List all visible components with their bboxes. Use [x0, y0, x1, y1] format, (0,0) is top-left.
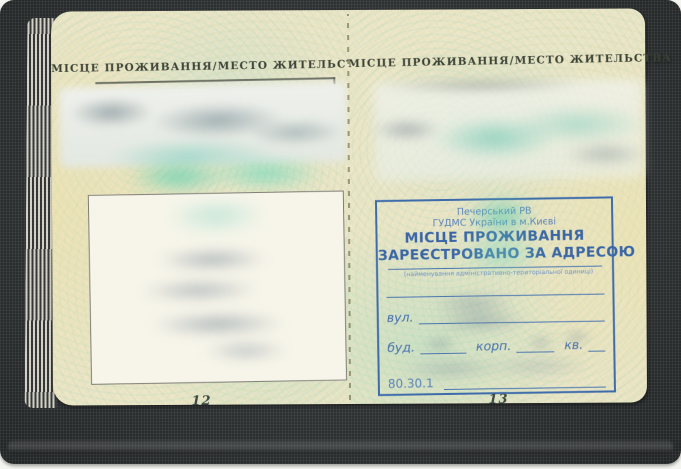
- stamp-block-line: [516, 337, 554, 353]
- stamp-apartment-label: кв.: [564, 337, 583, 352]
- passport-photo: МІСЦЕ ПРОЖИВАННЯ/МЕСТО ЖИТЕЛЬСТВА 12 МІС…: [0, 0, 681, 469]
- stamp-title-line2: ЗАРЕЄСТРОВАНО ЗА АДРЕСОЮ: [378, 244, 612, 264]
- stamp-code-row: 80.30.1: [388, 372, 606, 391]
- stamp-building-row: буд. корп. кв.: [387, 335, 605, 355]
- page-12-number: 12: [53, 393, 350, 410]
- page-13: МІСЦЕ ПРОЖИВАННЯ/МЕСТО ЖИТЕЛЬСТВА Печерс…: [348, 8, 647, 404]
- stamp-street-row: вул.: [387, 305, 605, 325]
- stamp-code-line: [444, 373, 606, 391]
- page-13-header: МІСЦЕ ПРОЖИВАННЯ/МЕСТО ЖИТЕЛЬСТВА: [348, 52, 645, 70]
- stamp-building-label: буд.: [387, 340, 415, 355]
- stamp-street-line: [418, 307, 604, 325]
- page-12-white-insert: [88, 190, 347, 384]
- stamp-form-code: 80.30.1: [388, 376, 434, 391]
- stamp-admin-unit-line: [386, 283, 604, 298]
- residence-registration-stamp: Печерський РВ ГУДМС України в м.Києві МІ…: [375, 196, 616, 396]
- page-13-redacted-stamp-blur: [374, 79, 643, 181]
- stamp-building-line: [420, 339, 466, 355]
- page-12: МІСЦЕ ПРОЖИВАННЯ/МЕСТО ЖИТЕЛЬСТВА 12: [51, 10, 350, 406]
- page-12-header: МІСЦЕ ПРОЖИВАННЯ/МЕСТО ЖИТЕЛЬСТВА: [51, 58, 348, 75]
- stamp-field-caption: (найменування адміністративно-територіал…: [404, 269, 587, 278]
- page-12-redacted-stamp-blur: [59, 82, 349, 169]
- stamp-block-label: корп.: [476, 338, 512, 354]
- page-12-header-underline: [95, 77, 335, 84]
- passport-spread: МІСЦЕ ПРОЖИВАННЯ/МЕСТО ЖИТЕЛЬСТВА 12 МІС…: [51, 8, 647, 405]
- page-13-number: 13: [350, 391, 647, 408]
- stamp-content: Печерський РВ ГУДМС України в м.Києві МІ…: [377, 198, 614, 394]
- stamp-apartment-line: [588, 337, 605, 352]
- stamp-street-label: вул.: [387, 310, 414, 325]
- page-12-insert-redacted-text: [103, 200, 332, 374]
